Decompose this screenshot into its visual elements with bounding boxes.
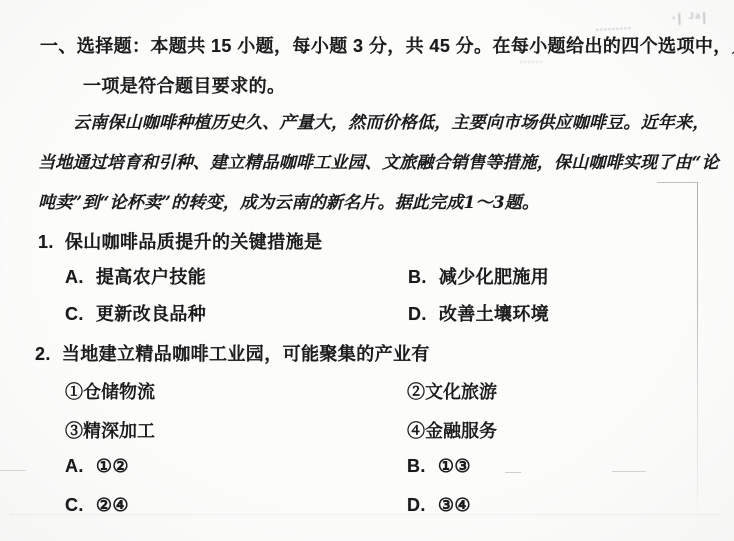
option-label: B. (407, 456, 426, 477)
question-2-option-c: C.②④ (65, 495, 129, 516)
option-text: ③④ (438, 495, 471, 515)
table-border-artifact-horizontal (657, 182, 698, 183)
table-border-artifact-vertical (697, 182, 698, 530)
question-2-option-b: B.①③ (407, 456, 471, 477)
question-1-option-b: B.减少化肥施用 (408, 267, 549, 288)
question-1-stem: 1.保山咖啡品质提升的关键措施是 (38, 232, 322, 253)
scan-dash-artifact (0, 470, 26, 471)
exam-paper-scan: ⸱| ᴶᵃ| 一、选择题：本题共 15 小题，每小题 3 分，共 45 分。在每… (0, 0, 734, 541)
option-label: C. (65, 495, 84, 516)
question-2-text: 当地建立精品咖啡工业园，可能聚集的产业有 (62, 344, 430, 364)
question-2-item-4: ④金融服务 (407, 421, 497, 442)
scan-dash-artifact (612, 471, 646, 472)
section-header-line2: 一项是符合题目要求的。 (83, 76, 285, 97)
option-text: ①③ (438, 456, 471, 476)
option-text: ①② (96, 456, 129, 476)
question-1-text: 保山咖啡品质提升的关键措施是 (65, 232, 323, 252)
question-2-item-3: ③精深加工 (65, 421, 155, 442)
bleedthrough-smudge (596, 17, 631, 31)
option-text: 更新改良品种 (96, 304, 206, 324)
option-label: A. (65, 267, 84, 288)
question-2-item-1: ①仓储物流 (65, 382, 155, 403)
passage-line-1: 云南保山咖啡种植历史久、产量大，然而价格低，主要向市场供应咖啡豆。近年来， (73, 114, 709, 134)
option-text: 改善土壤环境 (439, 304, 549, 324)
option-label: A. (65, 456, 84, 477)
bleedthrough-smudge: ⸱| ᴶᵃ| (672, 7, 713, 24)
option-text: ②④ (96, 495, 129, 515)
option-label: D. (408, 304, 427, 325)
question-2-option-d: D.③④ (407, 495, 471, 516)
question-2-item-2: ②文化旅游 (407, 382, 497, 403)
question-2-option-a: A.①② (65, 456, 129, 477)
question-1-option-d: D.改善土壤环境 (408, 304, 549, 325)
question-1-number: 1. (38, 232, 54, 253)
option-label: C. (65, 304, 84, 325)
passage-line-2: 当地通过培育和引种、建立精品咖啡工业园、文旅融合销售等措施，保山咖啡实现了由“论 (38, 154, 719, 174)
passage-line-3: 吨卖”到“论杯卖”的转变，成为云南的新名片。据此完成1～3题。 (38, 194, 539, 214)
option-text: 减少化肥施用 (439, 267, 549, 287)
scan-dash-artifact (505, 472, 521, 473)
question-1-option-c: C.更新改良品种 (65, 304, 206, 325)
option-label: B. (408, 267, 427, 288)
question-1-option-a: A.提高农户技能 (65, 267, 206, 288)
question-2-stem: 2.当地建立精品咖啡工业园，可能聚集的产业有 (35, 344, 430, 365)
question-2-number: 2. (35, 344, 51, 365)
section-header-line1: 一、选择题：本题共 15 小题，每小题 3 分，共 45 分。在每小题给出的四个… (40, 36, 734, 57)
option-label: D. (407, 495, 426, 516)
option-text: 提高农户技能 (96, 267, 206, 287)
